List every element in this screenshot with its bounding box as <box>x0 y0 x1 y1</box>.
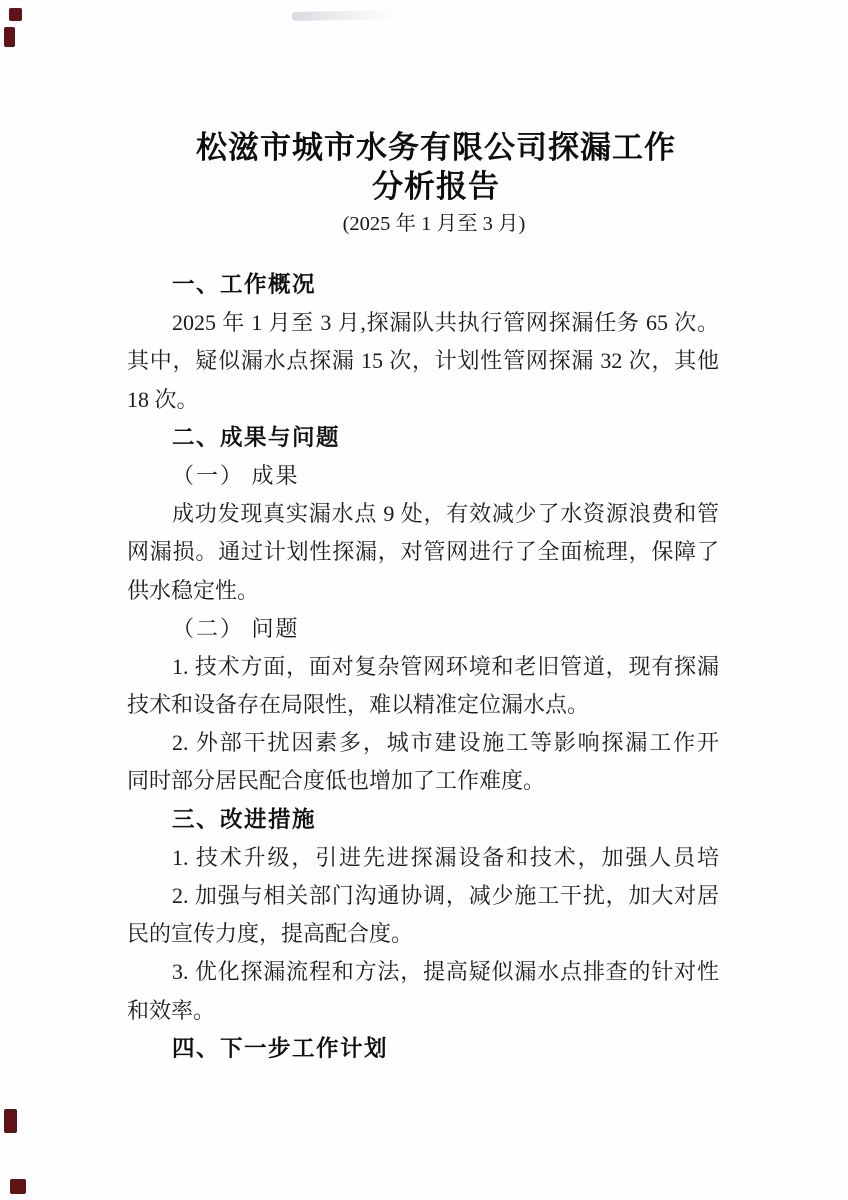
text-line: 其中，疑似漏水点探漏 15 次，计划性管网探漏 32 次，其他 <box>127 342 719 380</box>
text-line: 2. 外部干扰因素多，城市建设施工等影响探漏工作开展， <box>127 724 719 762</box>
report-title-line1: 松滋市城市水务有限公司探漏工作 <box>24 128 848 167</box>
document-page: 松滋市城市水务有限公司探漏工作 分析报告 (2025 年 1 月至 3 月) 一… <box>0 0 848 1200</box>
text-line: 技术和设备存在局限性，难以精准定位漏水点。 <box>127 686 719 724</box>
document-body: 一、工作概况2025 年 1 月至 3 月,探漏队共执行管网探漏任务 65 次。… <box>127 266 719 1068</box>
text-line: 供水稳定性。 <box>127 572 719 610</box>
subsection-heading: （二） 问题 <box>127 610 719 648</box>
text-line: 3. 优化探漏流程和方法，提高疑似漏水点排查的针对性 <box>127 953 719 991</box>
report-title: 松滋市城市水务有限公司探漏工作 分析报告 <box>0 128 848 206</box>
scan-artifact-mark <box>4 1109 17 1133</box>
text-line: 成功发现真实漏水点 9 处，有效减少了水资源浪费和管 <box>127 495 719 533</box>
text-line: 1. 技术升级，引进先进探漏设备和技术，加强人员培训。 <box>127 839 719 877</box>
scan-smudge <box>292 10 396 21</box>
section-heading: 三、改进措施 <box>127 801 719 839</box>
text-line: 1. 技术方面，面对复杂管网环境和老旧管道，现有探漏 <box>127 648 719 686</box>
section-heading: 二、成果与问题 <box>127 419 719 457</box>
report-title-line2: 分析报告 <box>24 167 848 206</box>
text-line: 同时部分居民配合度低也增加了工作难度。 <box>127 762 719 800</box>
subsection-heading: （一） 成果 <box>127 457 719 495</box>
report-subtitle: (2025 年 1 月至 3 月) <box>0 211 848 238</box>
scan-artifact-mark <box>4 27 15 47</box>
scan-artifact-mark <box>9 8 22 21</box>
text-line: 和效率。 <box>127 992 719 1030</box>
section-heading: 四、下一步工作计划 <box>127 1030 719 1068</box>
scan-artifact-mark <box>10 1179 26 1194</box>
text-line: 民的宣传力度，提高配合度。 <box>127 915 719 953</box>
text-line: 2. 加强与相关部门沟通协调，减少施工干扰，加大对居 <box>127 877 719 915</box>
section-heading: 一、工作概况 <box>127 266 719 304</box>
text-line: 2025 年 1 月至 3 月,探漏队共执行管网探漏任务 65 次。 <box>127 304 719 342</box>
text-line: 18 次。 <box>127 381 719 419</box>
text-line: 网漏损。通过计划性探漏，对管网进行了全面梳理，保障了 <box>127 533 719 571</box>
